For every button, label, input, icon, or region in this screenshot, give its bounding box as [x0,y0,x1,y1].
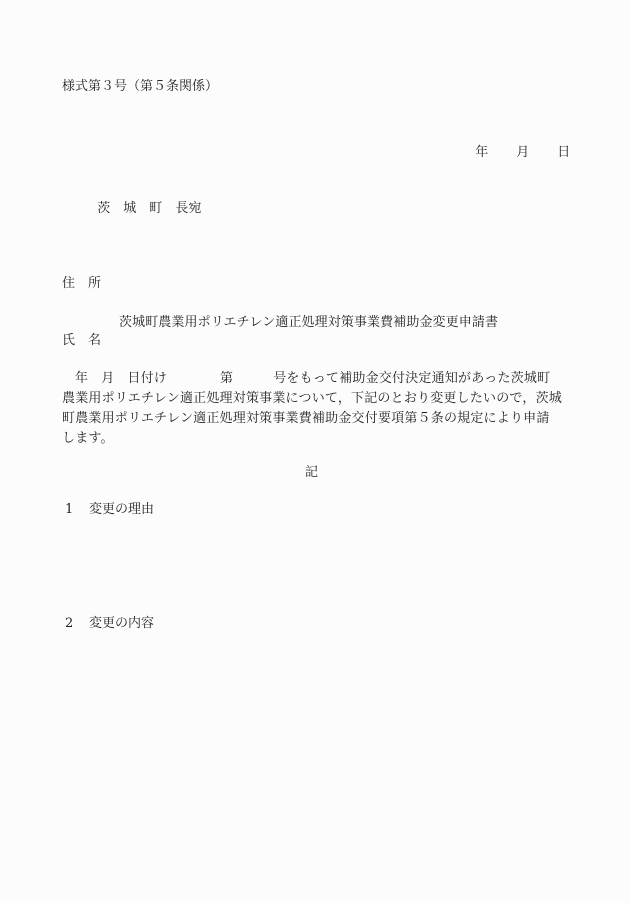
body-day-suffix: 日付け [127,371,167,386]
section-number: 2 [65,614,89,633]
section-label: 変更の内容 [89,616,154,631]
applicant-name-row: 氏名 [62,331,101,350]
addressee: 茨城町長宛 [89,180,201,218]
addressee-part: 長宛 [175,199,201,218]
section-number: 1 [65,500,89,519]
applicant-address-row: 住所 [62,274,101,293]
document-title: 茨城町農業用ポリエチレン適正処理対策事業費補助金変更申請書 [119,313,498,332]
section-change-reason: 1変更の理由 [65,500,154,519]
form-number: 様式第３号（第５条関係） [62,77,218,96]
applicant-block: 住所 氏名 [62,236,101,369]
section-label: 変更の理由 [89,502,154,517]
addressee-part: 城 [123,199,136,218]
addressee-part: 茨 [97,199,110,218]
body-number-prefix: 第 [220,371,233,386]
date-line: 年月日 [467,124,570,162]
date-day-label: 日 [557,143,570,162]
body-paragraph: 年月日付け第号をもって補助金交付決定通知があった茨城町農業用ポリエチレン適正処理… [62,369,562,449]
body-month-label: 月 [101,371,114,386]
date-year-label: 年 [475,143,488,162]
address-label-2: 所 [88,274,101,293]
body-year-label: 年 [75,371,88,386]
name-label-2: 名 [88,331,101,350]
date-month-label: 月 [516,143,529,162]
address-label-1: 住 [62,274,75,293]
note-label: 記 [305,463,318,482]
addressee-part: 町 [149,199,162,218]
section-change-content: 2変更の内容 [65,614,154,633]
name-label-1: 氏 [62,331,75,350]
